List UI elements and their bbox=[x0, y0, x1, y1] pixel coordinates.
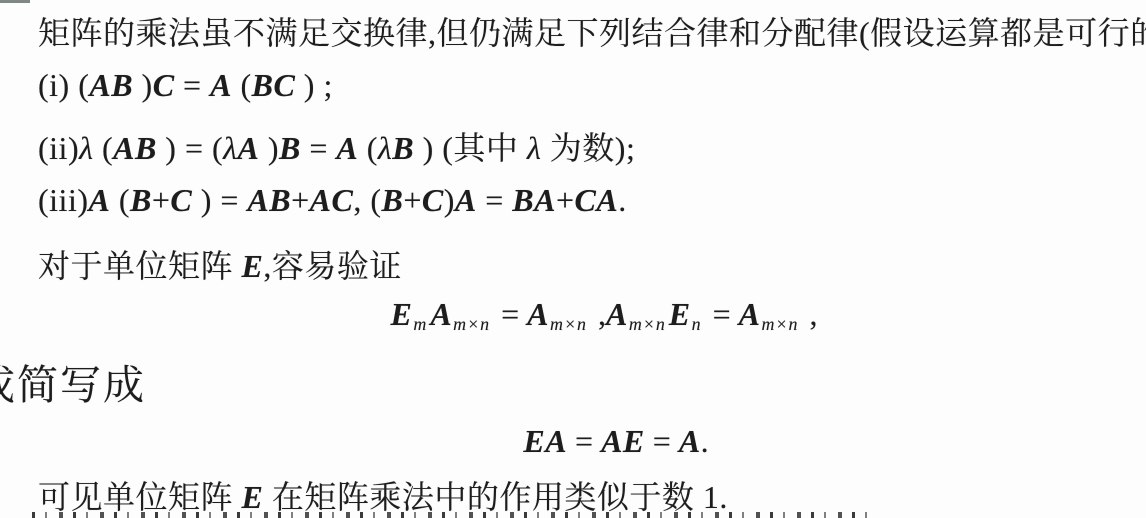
formula-segment-r: . bbox=[618, 182, 627, 218]
formula-segment-r: 对于单位矩阵 bbox=[38, 248, 242, 284]
formula-segment-r: = bbox=[493, 296, 527, 332]
formula-segment-r: + bbox=[556, 182, 575, 218]
formula-segment-r: (iii) bbox=[38, 182, 88, 218]
formula-segment-bi: BC bbox=[252, 67, 296, 103]
formula-segment-bi: A bbox=[238, 130, 260, 166]
formula-segment-r: + bbox=[291, 182, 310, 218]
formula-segment-r: ) ; bbox=[295, 67, 333, 103]
formula-segment-bi: A bbox=[455, 182, 477, 218]
formula-segment-r: ( bbox=[110, 182, 130, 218]
formula-segment-sub: m×n bbox=[453, 314, 490, 334]
formula-segment-bi: A bbox=[527, 296, 549, 332]
formula-segment-sub: n bbox=[692, 314, 702, 334]
formula-segment-r: ) bbox=[444, 182, 455, 218]
formula-segment-sub: m×n bbox=[550, 314, 587, 334]
formula-segment-sub: m×n bbox=[629, 314, 666, 334]
formula-segment-bi: E bbox=[242, 248, 264, 284]
identity-formula-subscripted: EmAm×n = Am×n ,Am×nEn = Am×n , bbox=[0, 296, 1146, 335]
formula-segment-i: λ bbox=[527, 130, 541, 166]
formula-segment-r: 为数); bbox=[541, 130, 635, 166]
formula-segment-r: + bbox=[152, 182, 171, 218]
formula-segment-bi: E bbox=[669, 296, 691, 332]
formula-segment-r: = bbox=[175, 67, 211, 103]
next-line-cutoff-artifact bbox=[32, 512, 877, 518]
formula-segment-bi: A bbox=[336, 130, 358, 166]
formula-segment-bi: AB bbox=[113, 130, 157, 166]
formula-segment-r: , bbox=[801, 296, 817, 332]
formula-segment-r: (ii) bbox=[38, 130, 79, 166]
formula-segment-bi: C bbox=[170, 182, 192, 218]
formula-segment-bi: B bbox=[392, 130, 414, 166]
formula-segment-i: λ bbox=[223, 130, 237, 166]
formula-segment-r: 可见单位矩阵 bbox=[38, 479, 242, 515]
formula-segment-bi: C bbox=[153, 67, 175, 103]
formula-segment-i: λ bbox=[79, 130, 93, 166]
formula-segment-bi: B bbox=[279, 130, 301, 166]
formula-segment-bi: C bbox=[422, 182, 444, 218]
identity-formula-short: EA = AE = A. bbox=[0, 423, 1146, 460]
formula-segment-bi: A bbox=[679, 423, 701, 459]
formula-segment-bi: B bbox=[130, 182, 152, 218]
formula-segment-r: = bbox=[567, 423, 601, 459]
formula-segment-bi: AB bbox=[247, 182, 291, 218]
formula-segment-r: + bbox=[403, 182, 422, 218]
formula-segment-r: = bbox=[477, 182, 513, 218]
formula-segment-r: ) bbox=[133, 67, 153, 103]
formula-segment-r: = bbox=[645, 423, 679, 459]
formula-segment-r: , ( bbox=[353, 182, 381, 218]
textbook-page: 矩阵的乘法虽不满足交换律,但仍满足下列结合律和分配律(假设运算都是可行的): (… bbox=[0, 0, 1146, 518]
formula-segment-r: (i) ( bbox=[38, 67, 89, 103]
formula-segment-bi: E bbox=[391, 296, 413, 332]
formula-segment-bi: AE bbox=[601, 423, 645, 459]
formula-segment-bi: BA bbox=[512, 182, 556, 218]
formula-segment-r: ) = ( bbox=[157, 130, 223, 166]
formula-segment-r: , bbox=[590, 296, 606, 332]
formula-segment-bi: A bbox=[606, 296, 628, 332]
formula-segment-sub: m bbox=[413, 314, 427, 334]
formula-segment-bi: EA bbox=[523, 423, 567, 459]
formula-segment-bi: AC bbox=[310, 182, 354, 218]
formula-segment-r: ) (其中 bbox=[414, 130, 527, 166]
formula-segment-r: 在矩阵乘法中的作用类似于数 1. bbox=[263, 479, 728, 515]
scan-artifact-top-left bbox=[0, 0, 30, 3]
formula-segment-r: ,容易验证 bbox=[263, 248, 402, 284]
formula-segment-r: ) = bbox=[192, 182, 247, 218]
formula-segment-bi: AB bbox=[89, 67, 133, 103]
formula-segment-r: ( bbox=[358, 130, 378, 166]
formula-segment-r: ) bbox=[259, 130, 279, 166]
formula-segment-r: = bbox=[705, 296, 739, 332]
intro-paragraph: 矩阵的乘法虽不满足交换律,但仍满足下列结合律和分配律(假设运算都是可行的): bbox=[38, 8, 1146, 54]
formula-segment-r: ( bbox=[93, 130, 113, 166]
abbreviation-line-clipped: 或简写成 bbox=[0, 352, 146, 411]
formula-segment-r: ( bbox=[232, 67, 252, 103]
law-associative-item: (i) (AB )C = A (BC ) ; bbox=[38, 67, 333, 104]
formula-segment-sub: m×n bbox=[761, 314, 798, 334]
formula-segment-bi: E bbox=[242, 479, 264, 515]
formula-segment-i: λ bbox=[378, 130, 392, 166]
formula-segment-bi: A bbox=[210, 67, 232, 103]
formula-segment-bi: CA bbox=[575, 182, 619, 218]
law-distributive-item: (iii)A (B+C ) = AB+AC, (B+C)A = BA+CA. bbox=[38, 182, 627, 219]
formula-segment-r: . bbox=[701, 423, 709, 459]
formula-segment-r: = bbox=[301, 130, 337, 166]
law-scalar-item: (ii)λ (AB ) = (λA )B = A (λB ) (其中 λ 为数)… bbox=[38, 123, 635, 169]
formula-segment-bi: A bbox=[430, 296, 452, 332]
formula-segment-bi: A bbox=[88, 182, 110, 218]
identity-matrix-intro: 对于单位矩阵 E,容易验证 bbox=[38, 241, 402, 287]
formula-segment-bi: A bbox=[739, 296, 761, 332]
formula-segment-bi: B bbox=[382, 182, 404, 218]
